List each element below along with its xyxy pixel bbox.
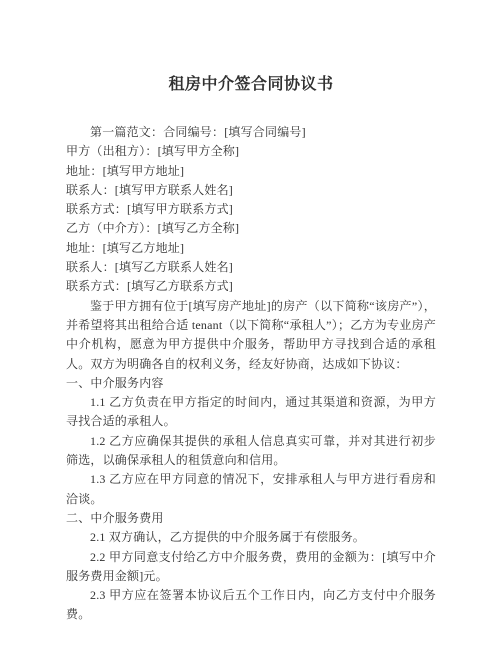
document-page: 租房中介签合同协议书 第一篇范文：合同编号：[填写合同编号] 甲方（出租方）：[… [0, 0, 500, 647]
clause-2-1: 2.1 双方确认，乙方提供的中介服务属于有偿服务。 [66, 528, 436, 547]
section-2-heading: 二、中介服务费用 [66, 509, 436, 528]
section-1-heading: 一、中介服务内容 [66, 374, 436, 393]
contract-number-line: 第一篇范文：合同编号：[填写合同编号] [66, 123, 436, 142]
clause-1-1: 1.1 乙方负责在甲方指定的时间内，通过其渠道和资源，为甲方寻找合适的承租人。 [66, 393, 436, 432]
party-b-contact-line: 联系人：[填写乙方联系人姓名] [66, 258, 436, 277]
clause-2-3: 2.3 甲方应在签署本协议后五个工作日内，向乙方支付中介服务费。 [66, 586, 436, 625]
party-b-contact-method-line: 联系方式：[填写乙方联系方式] [66, 277, 436, 296]
party-a-name-line: 甲方（出租方）：[填写甲方全称] [66, 142, 436, 161]
clause-2-2: 2.2 甲方同意支付给乙方中介服务费，费用的金额为：[填写中介服务费用金额]元。 [66, 548, 436, 587]
party-a-address-line: 地址：[填写甲方地址] [66, 162, 436, 181]
document-title: 租房中介签合同协议书 [66, 73, 436, 97]
party-a-contact-method-line: 联系方式：[填写甲方联系方式] [66, 200, 436, 219]
clause-1-2: 1.2 乙方应确保其提供的承租人信息真实可靠，并对其进行初步筛选，以确保承租人的… [66, 432, 436, 471]
preamble-paragraph: 鉴于甲方拥有位于[填写房产地址]的房产（以下简称“该房产”），并希望将其出租给合… [66, 297, 436, 374]
party-b-name-line: 乙方（中介方）：[填写乙方全称] [66, 219, 436, 238]
clause-1-3: 1.3 乙方应在甲方同意的情况下，安排承租人与甲方进行看房和洽谈。 [66, 470, 436, 509]
party-a-contact-line: 联系人：[填写甲方联系人姓名] [66, 181, 436, 200]
party-b-address-line: 地址：[填写乙方地址] [66, 239, 436, 258]
